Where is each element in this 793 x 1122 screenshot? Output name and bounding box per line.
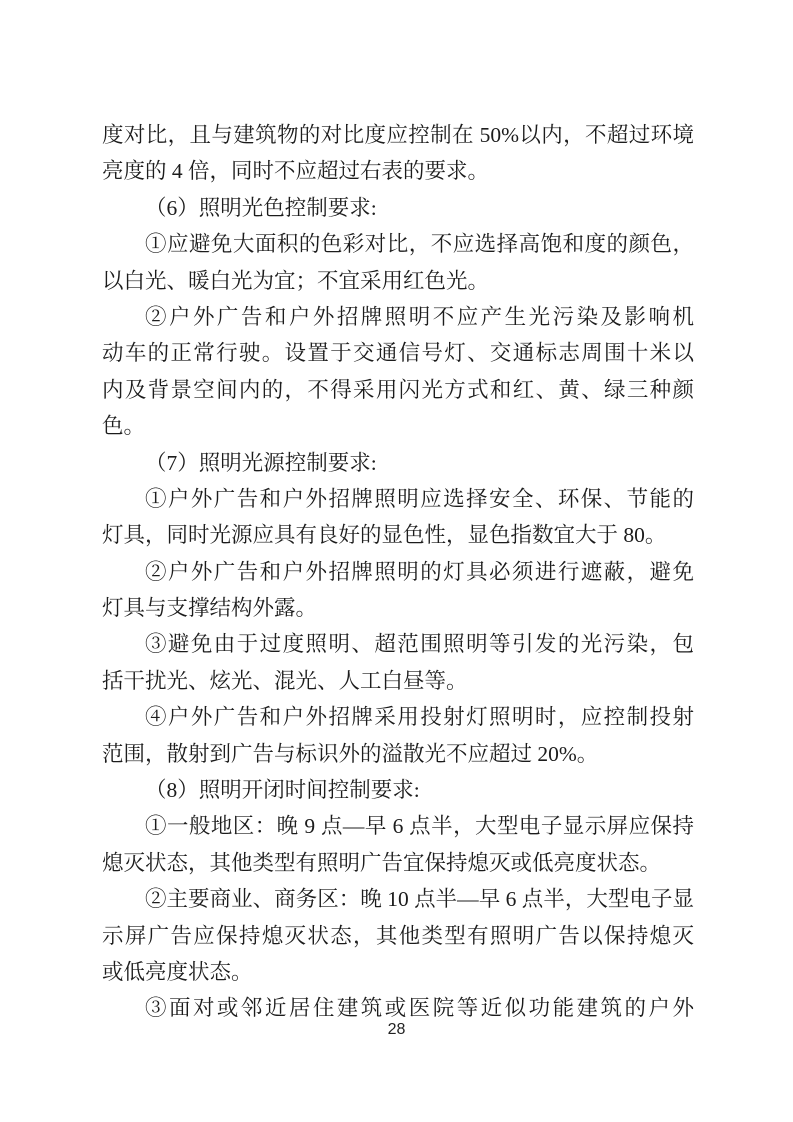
text-line: ①一般地区：晚 9 点—早 6 点半，大型电子显示屏应保持 <box>102 808 694 844</box>
text-line: （8）照明开闭时间控制要求: <box>102 772 694 808</box>
text-line: （6）照明光色控制要求: <box>102 190 694 226</box>
text-line: 动车的正常行驶。设置于交通信号灯、交通标志周围十米以 <box>102 335 694 371</box>
text-line: 以白光、暖白光为宜；不宜采用红色光。 <box>102 263 694 299</box>
text-line: 内及背景空间内的，不得采用闪光方式和红、黄、绿三种颜 <box>102 372 694 408</box>
text-line: ④户外广告和户外招牌采用投射灯照明时，应控制投射 <box>102 699 694 735</box>
text-line: ①户外广告和户外招牌照明应选择安全、环保、节能的 <box>102 481 694 517</box>
text-line: ①应避免大面积的色彩对比，不应选择高饱和度的颜色， <box>102 226 694 262</box>
text-line: （7）照明光源控制要求: <box>102 445 694 481</box>
text-line: ②主要商业、商务区：晚 10 点半—早 6 点半，大型电子显 <box>102 881 694 917</box>
text-line: 色。 <box>102 408 694 444</box>
text-line: 亮度的 4 倍，同时不应超过右表的要求。 <box>102 153 694 189</box>
text-line: 度对比，且与建筑物的对比度应控制在 50%以内，不超过环境 <box>102 117 694 153</box>
text-line: 示屏广告应保持熄灭状态，其他类型有照明广告以保持熄灭 <box>102 918 694 954</box>
text-line: ②户外广告和户外招牌照明不应产生光污染及影响机 <box>102 299 694 335</box>
document-body: 度对比，且与建筑物的对比度应控制在 50%以内，不超过环境 亮度的 4 倍，同时… <box>102 117 694 1027</box>
document-page: 度对比，且与建筑物的对比度应控制在 50%以内，不超过环境 亮度的 4 倍，同时… <box>0 0 793 1122</box>
text-line: 灯具，同时光源应具有良好的显色性，显色指数宜大于 80。 <box>102 517 694 553</box>
text-line: ②户外广告和户外招牌照明的灯具必须进行遮蔽，避免 <box>102 554 694 590</box>
page-number: 28 <box>0 1021 793 1039</box>
text-line: 范围，散射到广告与标识外的溢散光不应超过 20%。 <box>102 736 694 772</box>
text-line: 熄灭状态，其他类型有照明广告宜保持熄灭或低亮度状态。 <box>102 845 694 881</box>
text-line: 括干扰光、炫光、混光、人工白昼等。 <box>102 663 694 699</box>
text-line: 或低亮度状态。 <box>102 954 694 990</box>
text-line: ③避免由于过度照明、超范围照明等引发的光污染，包 <box>102 626 694 662</box>
text-line: 灯具与支撑结构外露。 <box>102 590 694 626</box>
